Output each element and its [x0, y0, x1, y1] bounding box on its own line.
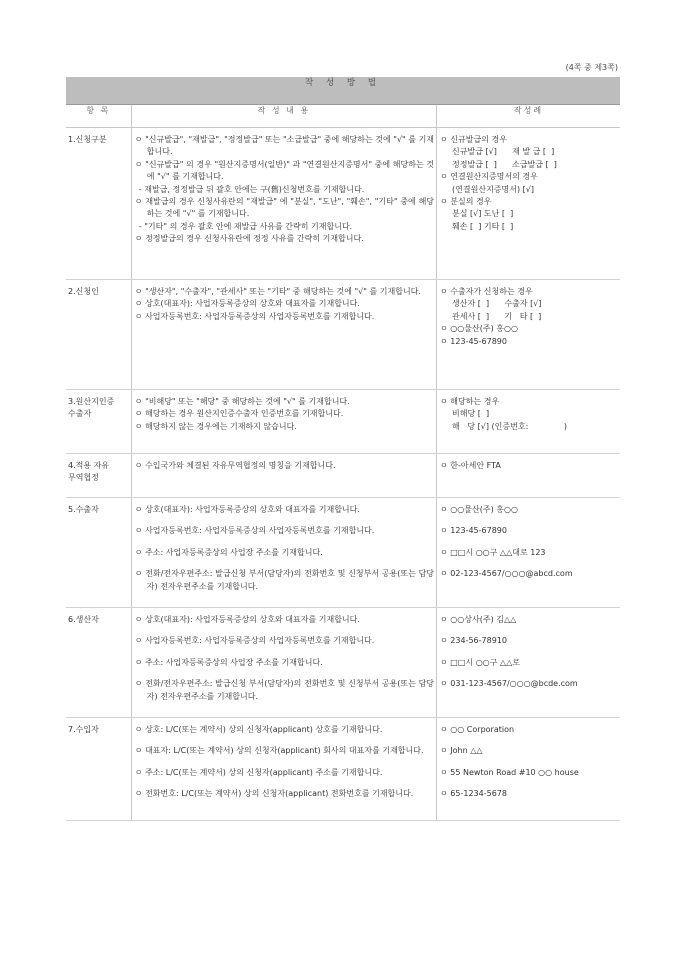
table-row: 1.신청구분ㅇ "신규발급", "재발급", "정정발급" 또는 "소급발급" … — [66, 128, 620, 280]
example-line: ㅇ ○○ Corporation — [440, 724, 618, 736]
row-example-cell: ㅇ 신규발급의 경우신규발급 [√] 재 발 급 [ ]정정발급 [ ] 소급발… — [437, 128, 620, 280]
example-line: ㅇ 신규발급의 경우 — [440, 134, 618, 146]
row-item-cell: 6.생산자 — [66, 608, 131, 718]
instruction-line: ㅇ 사업자등록번호: 사업자등록증상의 사업자등록번호를 기재합니다. — [135, 525, 434, 537]
instruction-line: ㅇ 전화/전자우편주소: 발급신청 부서(담당자)의 전화번호 및 신청부서 공… — [135, 568, 434, 593]
row-content-cell: ㅇ "신규발급", "재발급", "정정발급" 또는 "소급발급" 중에 해당하… — [131, 128, 436, 280]
instructions-table: 작 성 방 법 항 목 작 성 내 용 작성례 1.신청구분ㅇ "신규발급", … — [66, 77, 620, 821]
instruction-line: ㅇ 해당하지 않는 경우에는 기재하지 않습니다. — [135, 421, 434, 433]
table-row: 3.원산지인증 수출자ㅇ "비해당" 또는 "해당" 중 해당하는 것에 "√"… — [66, 390, 620, 454]
example-line: ㅇ 수출자가 신청하는 경우 — [440, 286, 618, 298]
instruction-line: ㅇ 상호(대표자): 사업자등록증상의 상호와 대표자를 기재합니다. — [135, 504, 434, 516]
instruction-line: ㅇ 전화번호: L/C(또는 계약서) 상의 신청자(applicant) 전화… — [135, 788, 434, 800]
header-content: 작 성 내 용 — [131, 105, 436, 128]
instruction-line: ㅇ 대표자: L/C(또는 계약서) 상의 신청자(applicant) 회사의… — [135, 745, 434, 757]
table-row: 5.수출자ㅇ 상호(대표자): 사업자등록증상의 상호와 대표자를 기재합니다.… — [66, 498, 620, 608]
example-line: ㅇ 031-123-4567/○○○@bcde.com — [440, 678, 618, 690]
example-line: ㅇ 한-아세안 FTA — [440, 460, 618, 472]
example-line: 해 당 [√] (인증번호: ) — [440, 421, 618, 433]
instruction-line: ㅇ 해당하는 경우 원산지인증수출자 인증번호를 기재합니다. — [135, 408, 434, 420]
row-item-cell: 3.원산지인증 수출자 — [66, 390, 131, 454]
instruction-line: - "기타" 의 경우 괄호 안에 재발급 사유를 간략히 기재합니다. — [135, 221, 434, 233]
instruction-line: ㅇ "신규발급", "재발급", "정정발급" 또는 "소급발급" 중에 해당하… — [135, 134, 434, 159]
instruction-line: ㅇ 전화/전자우편주소: 발급신청 부서(담당자)의 전화번호 및 신청부서 공… — [135, 678, 434, 703]
row-content-cell: ㅇ 수입국가와 체결된 자유무역협정의 명칭을 기재합니다. — [131, 454, 436, 498]
table-row: 2.신청인ㅇ "생산자", "수출자", "관세사" 또는 "기타" 중 해당하… — [66, 280, 620, 390]
instruction-line: ㅇ "생산자", "수출자", "관세사" 또는 "기타" 중 해당하는 것에 … — [135, 286, 434, 298]
example-line: ㅇ 02-123-4567/○○○@abcd.com — [440, 568, 618, 580]
row-content-cell: ㅇ 상호(대표자): 사업자등록증상의 상호와 대표자를 기재합니다.ㅇ 사업자… — [131, 608, 436, 718]
row-example-cell: ㅇ 수출자가 신청하는 경우생산자 [ ] 수출자 [√]관세사 [ ] 기 타… — [437, 280, 620, 390]
row-item-cell: 2.신청인 — [66, 280, 131, 390]
example-line: ㅇ □□시 ○○구 △△대로 123 — [440, 547, 618, 559]
row-item-cell: 1.신청구분 — [66, 128, 131, 280]
row-example-cell: ㅇ ○○물산(주) 홍○○ㅇ 123-45-67890ㅇ □□시 ○○구 △△대… — [437, 498, 620, 608]
example-line: 분실 [√] 도난 [ ] — [440, 208, 618, 220]
row-item-label: 6.생산자 — [68, 615, 99, 624]
row-example-cell: ㅇ ○○ Corporationㅇ John △△ㅇ 55 Newton Roa… — [437, 718, 620, 821]
example-line: (연결원산지증명서) [√] — [440, 184, 618, 196]
example-line: 생산자 [ ] 수출자 [√] — [440, 298, 618, 310]
table-title-row: 작 성 방 법 — [66, 77, 620, 105]
instruction-line: ㅇ 수입국가와 체결된 자유무역협정의 명칭을 기재합니다. — [135, 460, 434, 472]
header-example: 작성례 — [437, 105, 620, 128]
instruction-line: ㅇ 재발급의 경우 신청사유란의 "재발급" 에 "분실", "도난", "훼손… — [135, 196, 434, 221]
example-line: 정정발급 [ ] 소급발급 [ ] — [440, 159, 618, 171]
example-line: ㅇ 해당하는 경우 — [440, 396, 618, 408]
example-line: ㅇ ○○물산(주) 홍○○ — [440, 323, 618, 335]
row-content-cell: ㅇ 상호: L/C(또는 계약서) 상의 신청자(applicant) 상호를 … — [131, 718, 436, 821]
row-item-label: 5.수출자 — [68, 505, 99, 514]
instruction-line: ㅇ 주소: L/C(또는 계약서) 상의 신청자(applicant) 주소를 … — [135, 767, 434, 779]
header-item: 항 목 — [66, 105, 131, 128]
instruction-line: ㅇ 정정발급의 경우 신청사유란에 정정 사유를 간략히 기재합니다. — [135, 233, 434, 245]
page-indicator: (4쪽 중 제3쪽) — [566, 62, 618, 73]
instruction-line: ㅇ 상호(대표자): 사업자등록증상의 상호와 대표자를 기재합니다. — [135, 614, 434, 626]
instruction-line: ㅇ 주소: 사업자등록증상의 사업장 주소를 기재합니다. — [135, 657, 434, 669]
table-row: 4.적용 자유 무역협정ㅇ 수입국가와 체결된 자유무역협정의 명칭을 기재합니… — [66, 454, 620, 498]
row-example-cell: ㅇ ○○상사(주) 김△△ㅇ 234-56-78910ㅇ □□시 ○○구 △△로… — [437, 608, 620, 718]
instruction-line: ㅇ 상호(대표자): 사업자등록증상의 상호와 대표자를 기재합니다. — [135, 298, 434, 310]
instruction-line: ㅇ "비해당" 또는 "해당" 중 해당하는 것에 "√" 를 기재합니다. — [135, 396, 434, 408]
table-row: 6.생산자ㅇ 상호(대표자): 사업자등록증상의 상호와 대표자를 기재합니다.… — [66, 608, 620, 718]
example-line: ㅇ John △△ — [440, 745, 618, 757]
instruction-line: ㅇ 주소: 사업자등록증상의 사업장 주소를 기재합니다. — [135, 547, 434, 559]
example-line: 관세사 [ ] 기 타 [ ] — [440, 311, 618, 323]
table-title: 작 성 방 법 — [66, 77, 620, 105]
example-line: ㅇ ○○상사(주) 김△△ — [440, 614, 618, 626]
example-line: 훼손 [ ] 기타 [ ] — [440, 221, 618, 233]
table-row: 7.수입자ㅇ 상호: L/C(또는 계약서) 상의 신청자(applicant)… — [66, 718, 620, 821]
example-line: 신규발급 [√] 재 발 급 [ ] — [440, 146, 618, 158]
instruction-line: ㅇ "신규발급" 의 경우 "원산지증명서(일반)" 과 "연결원산지증명서" … — [135, 159, 434, 184]
row-content-cell: ㅇ "생산자", "수출자", "관세사" 또는 "기타" 중 해당하는 것에 … — [131, 280, 436, 390]
row-item-label: 7.수입자 — [68, 725, 99, 734]
row-item-label: 3.원산지인증 수출자 — [68, 397, 114, 418]
example-line: ㅇ 분실의 경우 — [440, 196, 618, 208]
instruction-line: ㅇ 사업자등록번호: 사업자등록증상의 사업자등록번호를 기재합니다. — [135, 311, 434, 323]
row-content-cell: ㅇ "비해당" 또는 "해당" 중 해당하는 것에 "√" 를 기재합니다.ㅇ … — [131, 390, 436, 454]
example-line: ㅇ 123-45-67890 — [440, 336, 618, 348]
table-header-row: 항 목 작 성 내 용 작성례 — [66, 105, 620, 128]
row-item-cell: 7.수입자 — [66, 718, 131, 821]
example-line: ㅇ 55 Newton Road #10 ○○ house — [440, 767, 618, 779]
example-line: ㅇ 연결원산지증명서의 경우 — [440, 171, 618, 183]
example-line: ㅇ 65-1234-5678 — [440, 788, 618, 800]
example-line: ㅇ ○○물산(주) 홍○○ — [440, 504, 618, 516]
example-line: ㅇ □□시 ○○구 △△로 — [440, 657, 618, 669]
row-item-cell: 5.수출자 — [66, 498, 131, 608]
row-item-label: 4.적용 자유 무역협정 — [68, 461, 109, 482]
row-item-cell: 4.적용 자유 무역협정 — [66, 454, 131, 498]
example-line: ㅇ 123-45-67890 — [440, 525, 618, 537]
example-line: ㅇ 234-56-78910 — [440, 635, 618, 647]
row-example-cell: ㅇ 한-아세안 FTA — [437, 454, 620, 498]
example-line: 비해당 [ ] — [440, 408, 618, 420]
instruction-line: - 재발급, 정정발급 뒤 괄호 안에는 구(舊)신청번호를 기재합니다. — [135, 184, 434, 196]
instruction-line: ㅇ 사업자등록번호: 사업자등록증상의 사업자등록번호를 기재합니다. — [135, 635, 434, 647]
row-item-label: 2.신청인 — [68, 287, 99, 296]
instruction-line: ㅇ 상호: L/C(또는 계약서) 상의 신청자(applicant) 상호를 … — [135, 724, 434, 736]
row-content-cell: ㅇ 상호(대표자): 사업자등록증상의 상호와 대표자를 기재합니다.ㅇ 사업자… — [131, 498, 436, 608]
row-item-label: 1.신청구분 — [68, 135, 107, 144]
table-body: 1.신청구분ㅇ "신규발급", "재발급", "정정발급" 또는 "소급발급" … — [66, 128, 620, 821]
row-example-cell: ㅇ 해당하는 경우비해당 [ ]해 당 [√] (인증번호: ) — [437, 390, 620, 454]
